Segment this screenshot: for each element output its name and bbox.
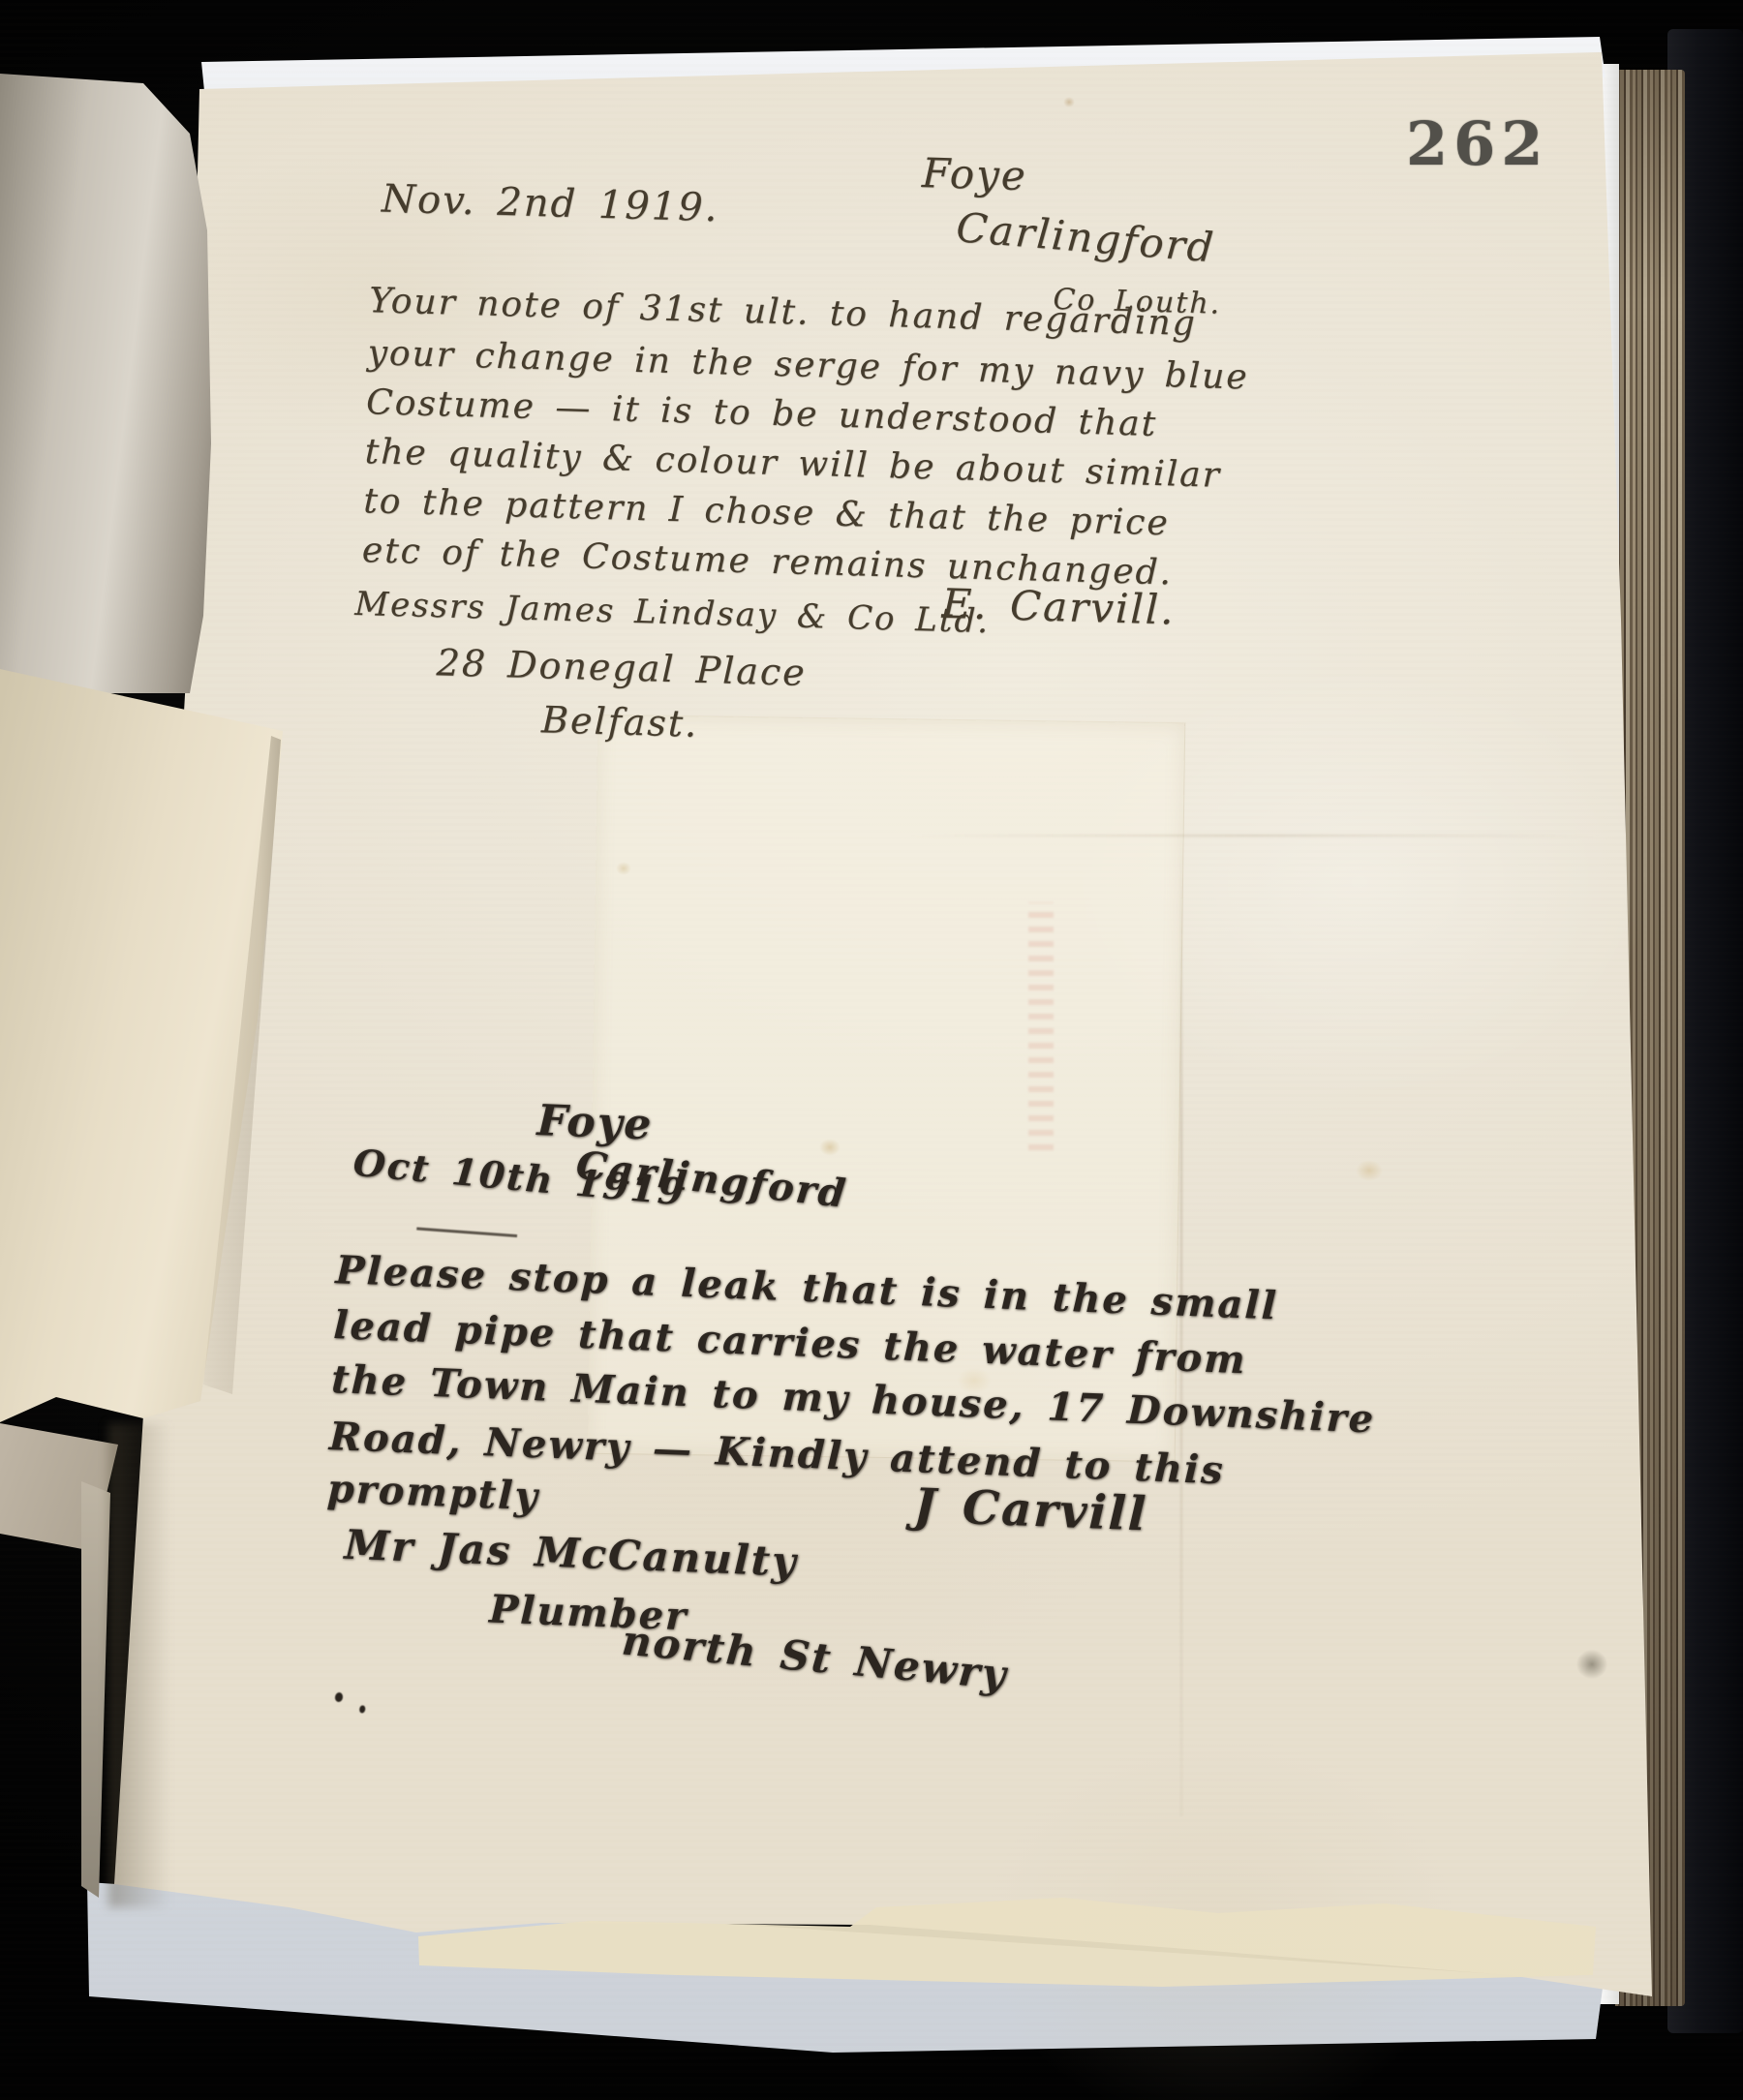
letter-2-signature: J Carvill: [913, 1478, 1149, 1541]
curled-page-roll: [0, 74, 211, 693]
letter-1-date: Nov. 2nd 1919.: [381, 176, 719, 230]
letter-2-place-line: Foye: [536, 1096, 655, 1150]
stain: [616, 862, 631, 875]
letter-2-addressee-line: Mr Jas McCanulty: [344, 1521, 799, 1586]
letter-1-addressee-line: Belfast.: [541, 698, 699, 746]
date-underline-stroke: [416, 1227, 517, 1237]
letter-1-addressee-line: Messrs James Lindsay & Co Ltd.: [354, 585, 991, 641]
stain: [1356, 1160, 1383, 1181]
smudge-mark: [1576, 1650, 1607, 1679]
page-number-stamp: 262: [1406, 108, 1548, 179]
letter-2-addressee-line: north St Newry: [620, 1616, 1009, 1698]
letter-1-addressee-line: 28 Donegal Place: [436, 641, 807, 694]
letter-1-place-line: Carlingford: [955, 203, 1217, 271]
letter-1-signature: E. Carvill.: [941, 580, 1176, 634]
letter-2: Foye Carlingford Oct 10th 1919 Please st…: [312, 1082, 1238, 1784]
stain: [1063, 97, 1075, 107]
horizontal-crease: [908, 835, 1602, 837]
letter-2-body-line: promptly: [326, 1466, 540, 1519]
letter-1-place-line: Foye: [921, 149, 1027, 199]
letter-1: Nov. 2nd 1919. Foye Carlingford Co Louth…: [349, 134, 1242, 777]
photo-of-letter-book: { "page": { "number": "262" }, "letters"…: [0, 0, 1743, 2100]
left-edge-shadow: [108, 1423, 170, 1907]
